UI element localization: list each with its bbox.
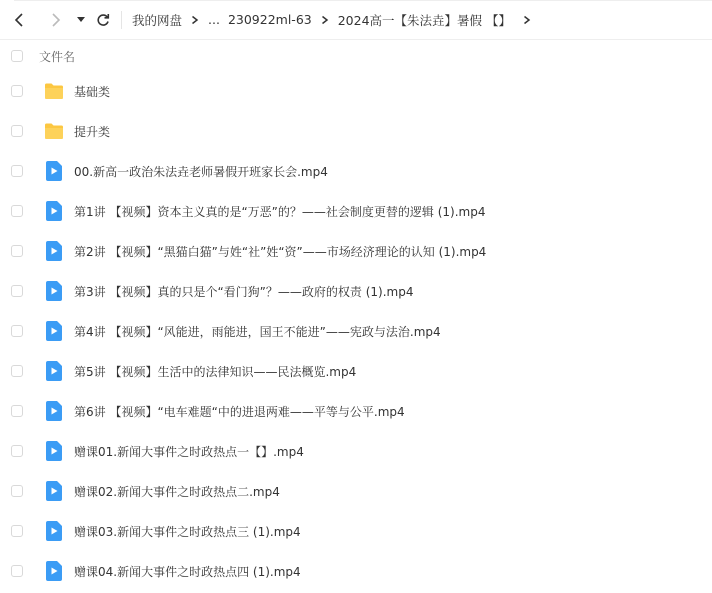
chevron-right-icon bbox=[50, 12, 62, 28]
file-name[interactable]: 第2讲 【视频】“黑猫白猫”与姓“社”姓“资”——市场经济理论的认知 (1).m… bbox=[74, 243, 486, 260]
breadcrumb-expand-button[interactable] bbox=[523, 15, 531, 25]
file-row[interactable]: 第6讲 【视频】“电车难题“中的进退两难——平等与公平.mp4 bbox=[0, 391, 712, 431]
caret-down-icon bbox=[77, 17, 85, 23]
chevron-left-icon bbox=[13, 12, 25, 28]
row-checkbox[interactable] bbox=[11, 85, 23, 97]
row-checkbox[interactable] bbox=[11, 165, 23, 177]
row-checkbox[interactable] bbox=[11, 565, 23, 577]
breadcrumb: 我的网盘 ... 230922ml-63 2024高一【朱法垚】暑假 【】 bbox=[132, 11, 540, 29]
video-file-icon bbox=[44, 481, 64, 501]
file-name[interactable]: 第4讲 【视频】“风能进，雨能进，国王不能进”——宪政与法治.mp4 bbox=[74, 323, 441, 340]
folder-row[interactable]: 基础类 bbox=[0, 71, 712, 111]
video-file-icon bbox=[44, 321, 64, 341]
video-file-icon bbox=[44, 241, 64, 261]
file-name[interactable]: 赠课04.新闻大事件之时政热点四 (1).mp4 bbox=[74, 563, 301, 580]
file-row[interactable]: 第1讲 【视频】资本主义真的是“万恶”的？——社会制度更替的逻辑 (1).mp4 bbox=[0, 191, 712, 231]
row-checkbox[interactable] bbox=[11, 285, 23, 297]
history-dropdown-button[interactable] bbox=[74, 8, 88, 32]
folder-icon bbox=[44, 121, 64, 141]
row-checkbox[interactable] bbox=[11, 525, 23, 537]
row-checkbox[interactable] bbox=[11, 485, 23, 497]
video-file-icon bbox=[44, 521, 64, 541]
file-row[interactable]: 第2讲 【视频】“黑猫白猫”与姓“社”姓“资”——市场经济理论的认知 (1).m… bbox=[0, 231, 712, 271]
file-row[interactable]: 赠课01.新闻大事件之时政热点一【】.mp4 bbox=[0, 431, 712, 471]
breadcrumb-item-ellipsis[interactable]: ... bbox=[208, 12, 220, 27]
file-name[interactable]: 赠课03.新闻大事件之时政热点三 (1).mp4 bbox=[74, 523, 301, 540]
file-name[interactable]: 第5讲 【视频】生活中的法律知识——民法概览.mp4 bbox=[74, 363, 356, 380]
row-checkbox[interactable] bbox=[11, 205, 23, 217]
file-row[interactable]: 赠课04.新闻大事件之时政热点四 (1).mp4 bbox=[0, 551, 712, 591]
file-list-header: 文件名 bbox=[0, 40, 712, 72]
row-checkbox[interactable] bbox=[11, 245, 23, 257]
row-checkbox[interactable] bbox=[11, 125, 23, 137]
chevron-right-icon bbox=[191, 15, 199, 25]
back-button[interactable] bbox=[7, 8, 31, 32]
folder-row[interactable]: 提升类 bbox=[0, 111, 712, 151]
row-checkbox[interactable] bbox=[11, 405, 23, 417]
file-list: 基础类 提升类 00.新高一政治朱法垚老师暑假开班家长会.mp4 第1讲 【视频… bbox=[0, 71, 712, 591]
file-row[interactable]: 第5讲 【视频】生活中的法律知识——民法概览.mp4 bbox=[0, 351, 712, 391]
file-name[interactable]: 基础类 bbox=[74, 83, 110, 100]
file-row[interactable]: 第4讲 【视频】“风能进，雨能进，国王不能进”——宪政与法治.mp4 bbox=[0, 311, 712, 351]
file-name[interactable]: 赠课01.新闻大事件之时政热点一【】.mp4 bbox=[74, 443, 304, 460]
file-row[interactable]: 第3讲 【视频】真的只是个“看门狗”？——政府的权责 (1).mp4 bbox=[0, 271, 712, 311]
video-file-icon bbox=[44, 281, 64, 301]
row-checkbox[interactable] bbox=[11, 365, 23, 377]
chevron-right-icon bbox=[321, 15, 329, 25]
refresh-button[interactable] bbox=[91, 8, 115, 32]
video-file-icon bbox=[44, 161, 64, 181]
row-checkbox[interactable] bbox=[11, 445, 23, 457]
file-row[interactable]: 00.新高一政治朱法垚老师暑假开班家长会.mp4 bbox=[0, 151, 712, 191]
row-checkbox[interactable] bbox=[11, 325, 23, 337]
file-name[interactable]: 第3讲 【视频】真的只是个“看门狗”？——政府的权责 (1).mp4 bbox=[74, 283, 413, 300]
video-file-icon bbox=[44, 441, 64, 461]
navigation-toolbar: 我的网盘 ... 230922ml-63 2024高一【朱法垚】暑假 【】 bbox=[0, 0, 712, 40]
select-all-checkbox[interactable] bbox=[11, 50, 23, 62]
folder-icon bbox=[44, 81, 64, 101]
video-file-icon bbox=[44, 561, 64, 581]
chevron-right-icon bbox=[523, 15, 531, 25]
file-name[interactable]: 第6讲 【视频】“电车难题“中的进退两难——平等与公平.mp4 bbox=[74, 403, 405, 420]
refresh-icon bbox=[96, 13, 110, 27]
file-name[interactable]: 赠课02.新闻大事件之时政热点二.mp4 bbox=[74, 483, 280, 500]
breadcrumb-item-root[interactable]: 我的网盘 bbox=[132, 11, 182, 29]
video-file-icon bbox=[44, 201, 64, 221]
file-row[interactable]: 赠课02.新闻大事件之时政热点二.mp4 bbox=[0, 471, 712, 511]
column-header-filename[interactable]: 文件名 bbox=[39, 48, 75, 65]
file-name[interactable]: 提升类 bbox=[74, 123, 110, 140]
toolbar-separator bbox=[121, 11, 122, 29]
file-name[interactable]: 第1讲 【视频】资本主义真的是“万恶”的？——社会制度更替的逻辑 (1).mp4 bbox=[74, 203, 485, 220]
file-row[interactable]: 赠课03.新闻大事件之时政热点三 (1).mp4 bbox=[0, 511, 712, 551]
video-file-icon bbox=[44, 401, 64, 421]
file-name[interactable]: 00.新高一政治朱法垚老师暑假开班家长会.mp4 bbox=[74, 163, 328, 180]
video-file-icon bbox=[44, 361, 64, 381]
forward-button[interactable] bbox=[44, 8, 68, 32]
breadcrumb-item-parent[interactable]: 230922ml-63 bbox=[228, 12, 312, 27]
breadcrumb-item-current[interactable]: 2024高一【朱法垚】暑假 【】 bbox=[338, 11, 511, 29]
